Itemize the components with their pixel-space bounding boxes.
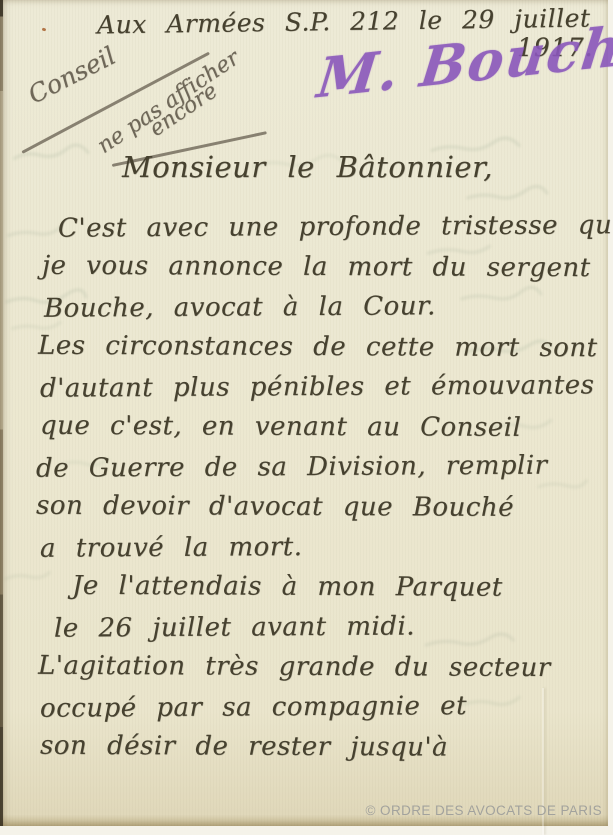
- annotation-conseil: Conseil: [23, 41, 120, 109]
- letter-body: C'est avec une profonde tristesse que je…: [36, 207, 601, 767]
- letter-paper: Aux Armées S.P. 212 le 29 juillet 1917. …: [0, 0, 608, 826]
- handwritten-line: Bouche, avocat à la Cour.: [44, 285, 601, 328]
- handwritten-line: son devoir d'avocat que Bouché: [36, 486, 601, 528]
- handwritten-line: L'agitation très grande du secteur: [38, 646, 601, 688]
- handwritten-line: son désir de rester jusqu'à: [40, 726, 601, 768]
- handwritten-line: d'autant plus pénibles et émouvantes: [40, 365, 601, 408]
- scanned-letter-page: Aux Armées S.P. 212 le 29 juillet 1917. …: [0, 0, 613, 835]
- page-edge-left: [0, 0, 3, 826]
- handwritten-line: Les circonstances de cette mort sont: [38, 326, 601, 368]
- paper-speck: [42, 27, 47, 31]
- handwritten-line: je vous annonce la mort du sergent: [42, 246, 601, 288]
- copyright-watermark: © ORDRE DES AVOCATS DE PARIS: [366, 803, 602, 818]
- handwritten-line: Je l'attendais à mon Parquet: [72, 566, 601, 608]
- handwritten-line: de Guerre de sa Division, remplir: [36, 445, 601, 488]
- handwritten-line: C'est avec une profonde tristesse que: [58, 205, 601, 248]
- handwritten-line: occupé par sa compagnie et: [40, 685, 601, 728]
- handwritten-line: le 26 juillet avant midi.: [54, 605, 601, 648]
- handwritten-line: a trouvé la mort.: [40, 525, 601, 568]
- handwritten-line: que c'est, en venant au Conseil: [40, 406, 601, 448]
- salutation: Monsieur le Bâtonnier,: [122, 150, 493, 184]
